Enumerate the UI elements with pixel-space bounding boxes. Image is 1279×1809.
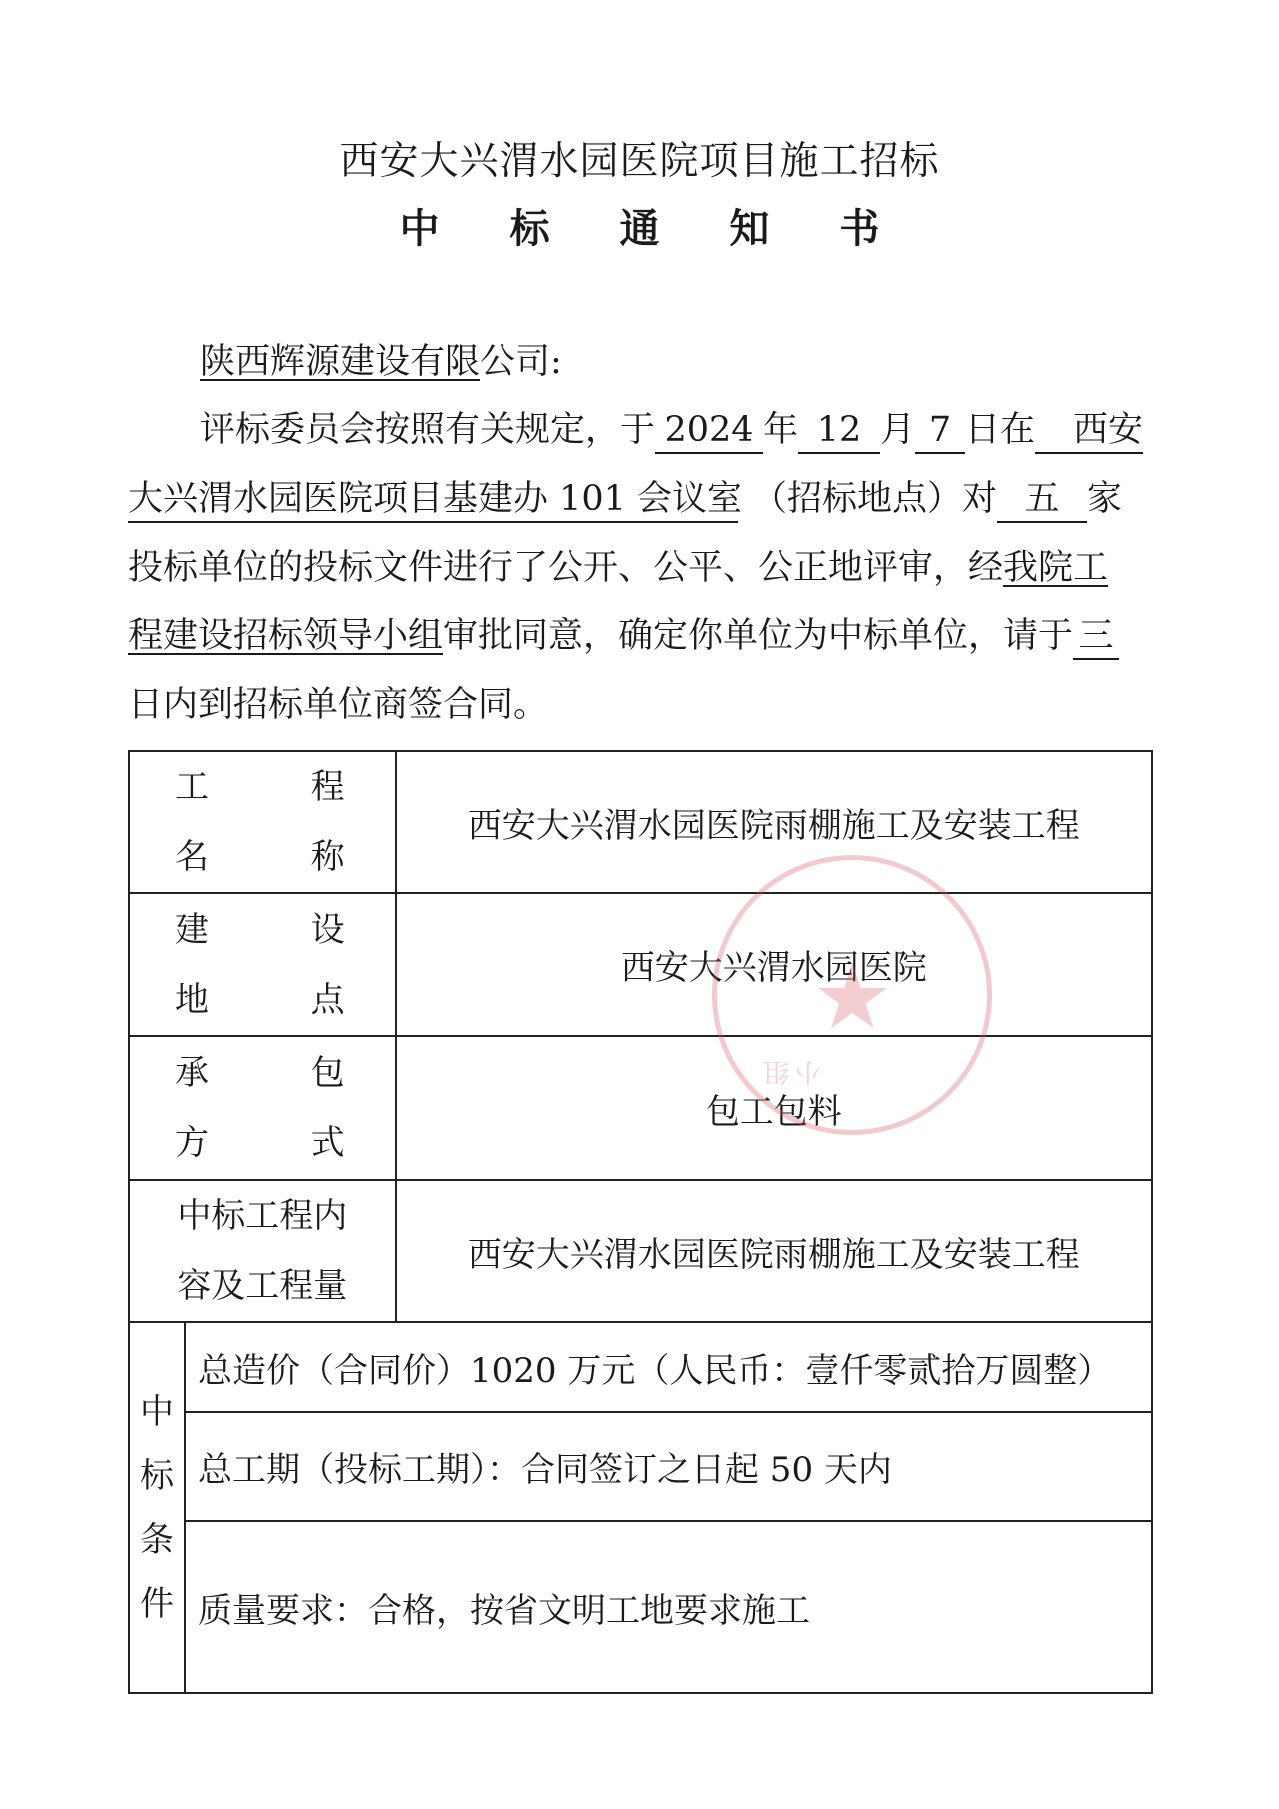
location-field-2: 大兴渭水园医院项目基建办 101 会议室 (128, 477, 738, 523)
text: 条 (130, 1508, 184, 1572)
location-field-1: 西安 (1035, 408, 1143, 454)
document-subtitle: 中 标 通 知 书 (0, 197, 1279, 254)
document-title: 西安大兴渭水园医院项目施工招标 (0, 130, 1279, 186)
text: 日在 (965, 410, 1035, 450)
label-contract-mode: 承包 方式 (129, 1036, 396, 1180)
text: 设 (311, 895, 345, 965)
table-row: 质量要求：合格，按省文明工地要求施工 (129, 1521, 1152, 1693)
label-project-name: 工程 名称 (129, 751, 396, 893)
label-construction-site: 建设 地点 (129, 893, 396, 1036)
text: 建 (175, 895, 209, 965)
days-field: 三 (1073, 614, 1119, 660)
text: 称 (311, 822, 345, 892)
table-row: 建设 地点 西安大兴渭水园医院 (129, 893, 1152, 1036)
label-award-conditions: 中 标 条 件 (129, 1322, 185, 1693)
table-row: 承包 方式 包工包料 (129, 1036, 1152, 1180)
text: 中 (130, 1380, 184, 1444)
paragraph-line-5: 日内到招标单位商签合同。 (128, 680, 1152, 730)
addressee: 陕西辉源建设有限公司: (200, 337, 1224, 387)
approver-text: 程建设招标领导小组 (128, 616, 443, 656)
label-scope: 中标工程内 容及工程量 (129, 1180, 396, 1322)
text: 评标委员会按照有关规定，于 (200, 410, 655, 450)
text: 程 (311, 752, 345, 822)
value-contract-mode: 包工包料 (396, 1036, 1152, 1180)
addressee-suffix: 公司: (480, 342, 562, 382)
text: 家 (1087, 479, 1122, 519)
condition-quality: 质量要求：合格，按省文明工地要求施工 (185, 1521, 1152, 1693)
text: 名 (175, 822, 209, 892)
text: 地 (175, 965, 209, 1035)
text: 包 (311, 1038, 345, 1108)
paragraph-line-3: 投标单位的投标文件进行了公开、公平、公正地评审，经我院工 (128, 543, 1152, 593)
bidder-count-field: 五 (997, 477, 1087, 523)
text: 件 (130, 1572, 184, 1636)
table-row: 工程 名称 西安大兴渭水园医院雨棚施工及安装工程 (129, 751, 1152, 893)
condition-price: 总造价（合同价）1020 万元（人民币：壹仟零贰拾万圆整） (185, 1322, 1152, 1412)
text: 工 (175, 752, 209, 822)
text: 年 (763, 410, 798, 450)
text: 中标工程内 (130, 1181, 395, 1251)
approver-text: 我院工 (1003, 548, 1108, 588)
value-scope: 西安大兴渭水园医院雨棚施工及安装工程 (396, 1180, 1152, 1322)
condition-duration: 总工期（投标工期）：合同签订之日起 50 天内 (185, 1412, 1152, 1521)
text: 容及工程量 (130, 1251, 395, 1321)
text: 投标单位的投标文件进行了公开、公平、公正地评审，经 (128, 548, 1003, 588)
table-row: 中 标 条 件 总造价（合同价）1020 万元（人民币：壹仟零贰拾万圆整） (129, 1322, 1152, 1412)
year-field: 2024 (655, 408, 763, 454)
value-project-name: 西安大兴渭水园医院雨棚施工及安装工程 (396, 751, 1152, 893)
day-field: 7 (915, 408, 965, 454)
table-row: 总工期（投标工期）：合同签订之日起 50 天内 (129, 1412, 1152, 1521)
text: 承 (175, 1038, 209, 1108)
addressee-company: 陕西辉源建设有限 (200, 342, 480, 382)
month-field: 12 (798, 408, 880, 454)
text: 月 (880, 410, 915, 450)
value-construction-site: 西安大兴渭水园医院 (396, 893, 1152, 1036)
paragraph-line-1: 评标委员会按照有关规定，于2024年12月7日在西安 (200, 405, 1152, 455)
text: 方 (175, 1108, 209, 1178)
text: （招标地点）对 (752, 479, 997, 519)
text: 审批同意，确定你单位为中标单位，请于 (443, 616, 1073, 656)
table-row: 中标工程内 容及工程量 西安大兴渭水园医院雨棚施工及安装工程 (129, 1180, 1152, 1322)
text: 点 (311, 965, 345, 1035)
text: 标 (130, 1444, 184, 1508)
paragraph-line-4: 程建设招标领导小组审批同意，确定你单位为中标单位，请于三 (128, 611, 1152, 661)
award-details-table: 工程 名称 西安大兴渭水园医院雨棚施工及安装工程 建设 地点 西安大兴渭水园医院… (128, 750, 1153, 1694)
text: 式 (311, 1108, 345, 1178)
paragraph-line-2: 大兴渭水园医院项目基建办 101 会议室（招标地点）对五家 (128, 474, 1152, 524)
